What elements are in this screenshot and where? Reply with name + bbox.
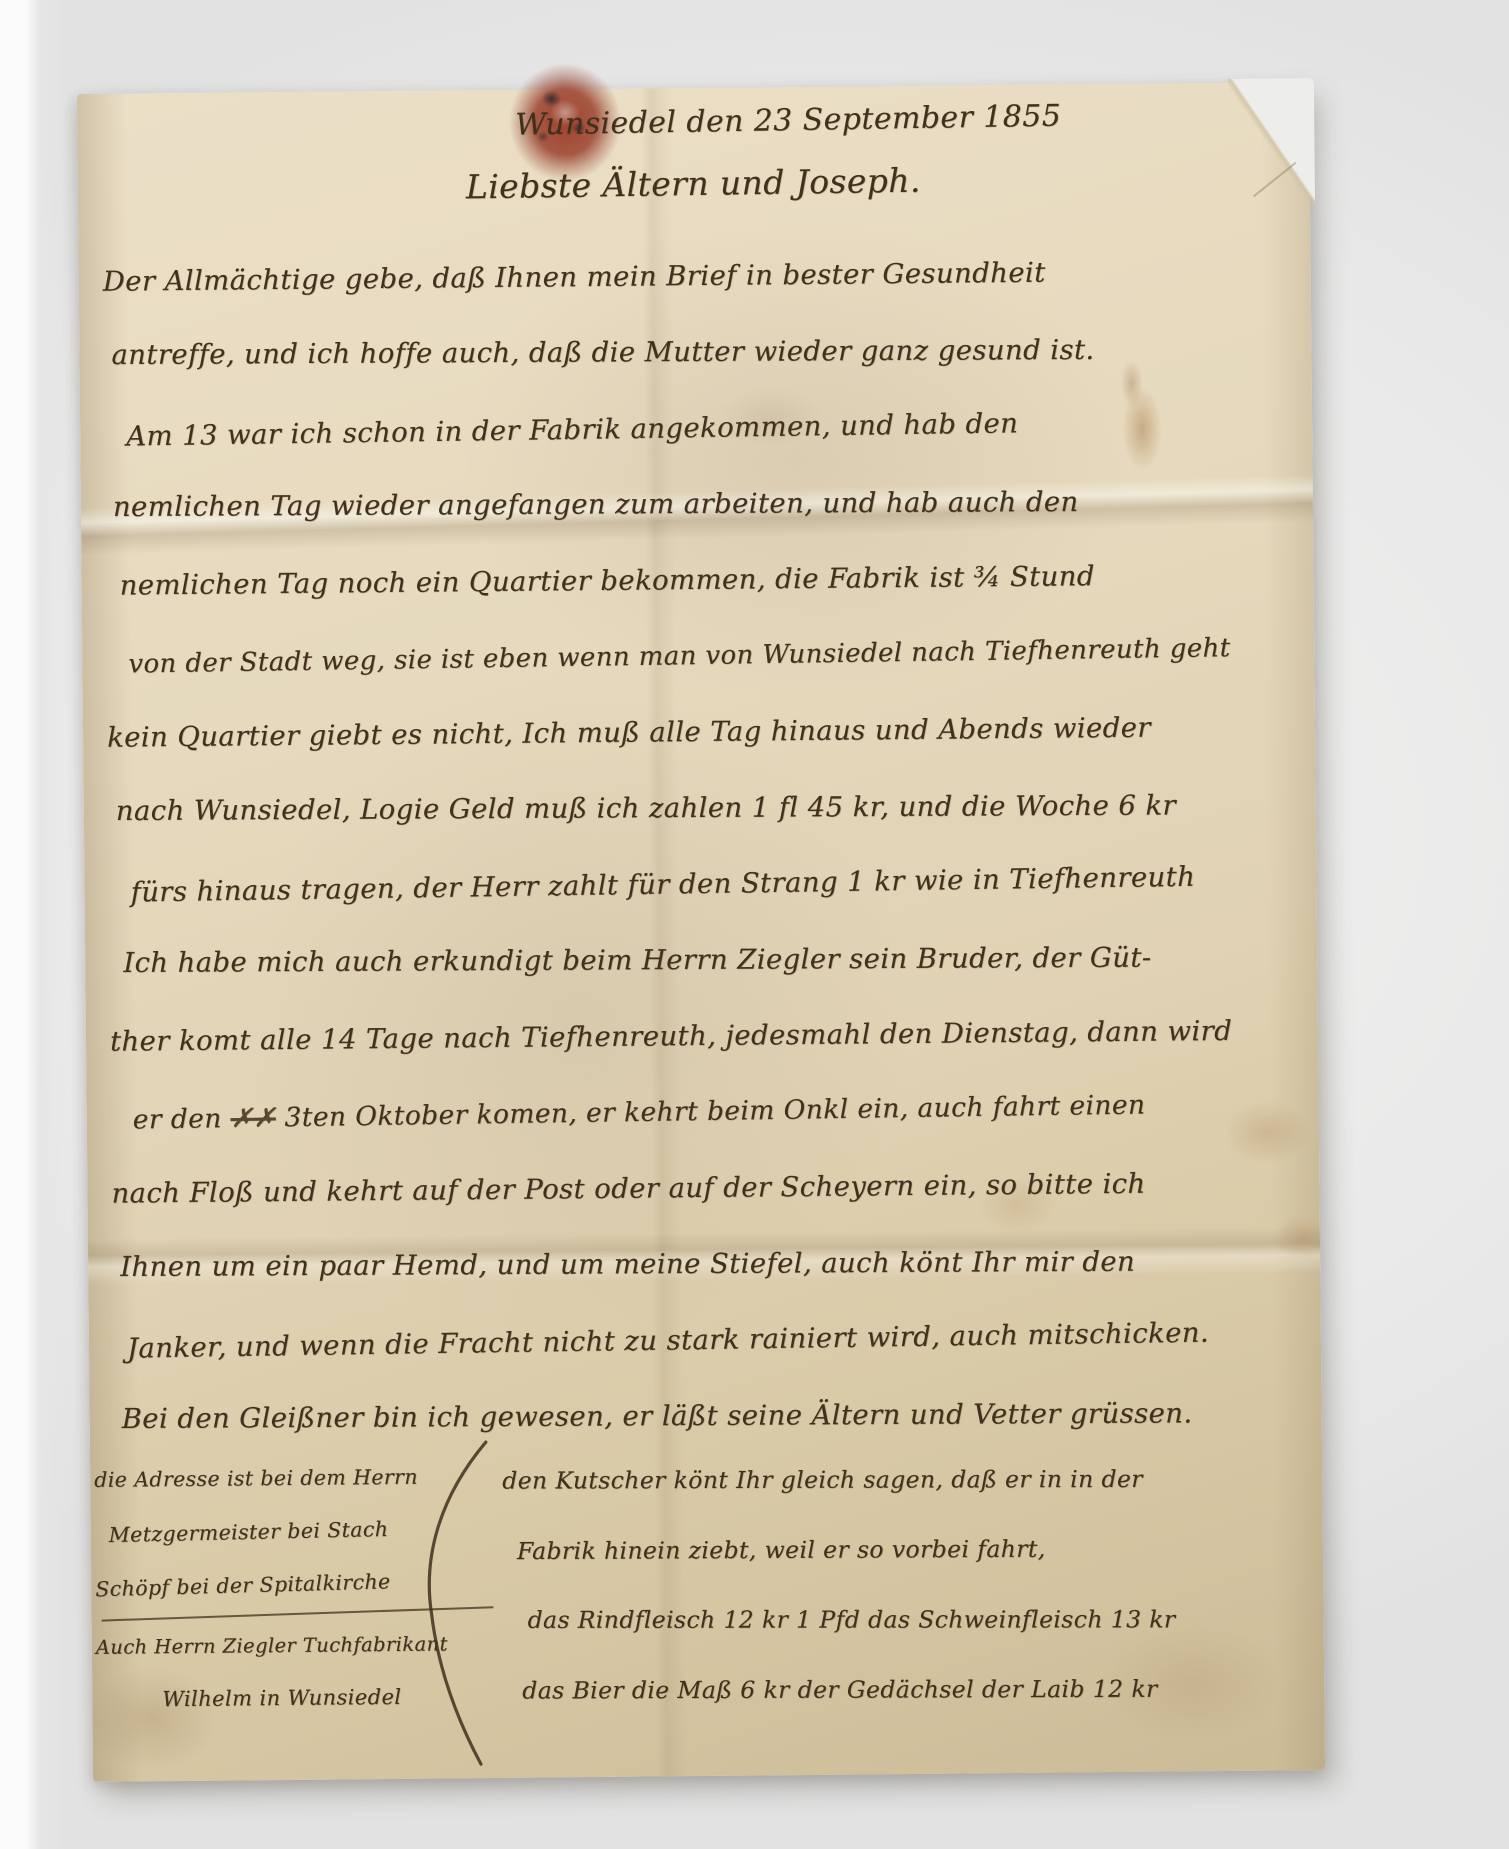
body-line: nach Wunsiedel, Logie Geld muß ich zahle… (116, 767, 1298, 849)
postscript-line: das Bier die Maß 6 kr der Gedächsel der … (522, 1654, 1176, 1726)
bracket-curve (420, 1438, 503, 1769)
body-line: nach Floß und kehrt auf der Post oder au… (111, 1144, 1302, 1231)
corner-fold (1228, 78, 1315, 207)
body-line: Ihnen um ein paar Hemd, und um meine Sti… (120, 1223, 1302, 1305)
body-line: kein Quartier giebt es nicht, Ich muß al… (107, 688, 1298, 775)
body-line-with-strikethrough: er den ✗✗ 3ten Oktober komen, er kehrt b… (132, 1065, 1301, 1158)
postscript-line: den Kutscher könt Ihr gleich sagen, daß … (502, 1444, 1174, 1516)
body-line: Der Allmächtige gebe, daß Ihnen mein Bri… (102, 232, 1293, 319)
body-text: er den (133, 1103, 231, 1135)
salutation: Liebste Ältern und Joseph. (466, 161, 922, 207)
body-line: antreffe, und ich hoffe auch, daß die Mu… (111, 311, 1293, 393)
body-line: Ich habe mich auch erkundigt beim Herrn … (123, 919, 1299, 1001)
postscript: den Kutscher könt Ihr gleich sagen, daß … (502, 1441, 1177, 1727)
body-line: von der Stadt weg, sie ist eben wenn man… (128, 609, 1297, 702)
body-line: ther komt alle 14 Tage nach Tiefhenreuth… (110, 992, 1301, 1079)
letter-body: Der Allmächtige gebe, daß Ihnen mein Bri… (102, 232, 1304, 1459)
body-line: Am 13 war ich schon in der Fabrik angeko… (126, 381, 1295, 474)
postscript-line: das Rindfleisch 12 kr 1 Pfd das Schweinf… (528, 1584, 1176, 1655)
body-line: fürs hinaus tragen, der Herr zahlt für d… (130, 837, 1299, 930)
letter-paper: Wunsiedel den 23 September 1855 Liebste … (77, 82, 1325, 1782)
body-line: nemlichen Tag wieder angefangen zum arbe… (113, 463, 1295, 545)
crossed-out-text: ✗✗ (230, 1102, 276, 1134)
body-line: Janker, und wenn die Fracht nicht zu sta… (126, 1293, 1303, 1386)
body-line: nemlichen Tag noch ein Quartier bekommen… (119, 536, 1296, 623)
body-text: 3ten Oktober komen, er kehrt beim Onkl e… (275, 1089, 1145, 1133)
postscript-line: Fabrik hinein ziebt, weil er so vorbei f… (517, 1513, 1175, 1586)
